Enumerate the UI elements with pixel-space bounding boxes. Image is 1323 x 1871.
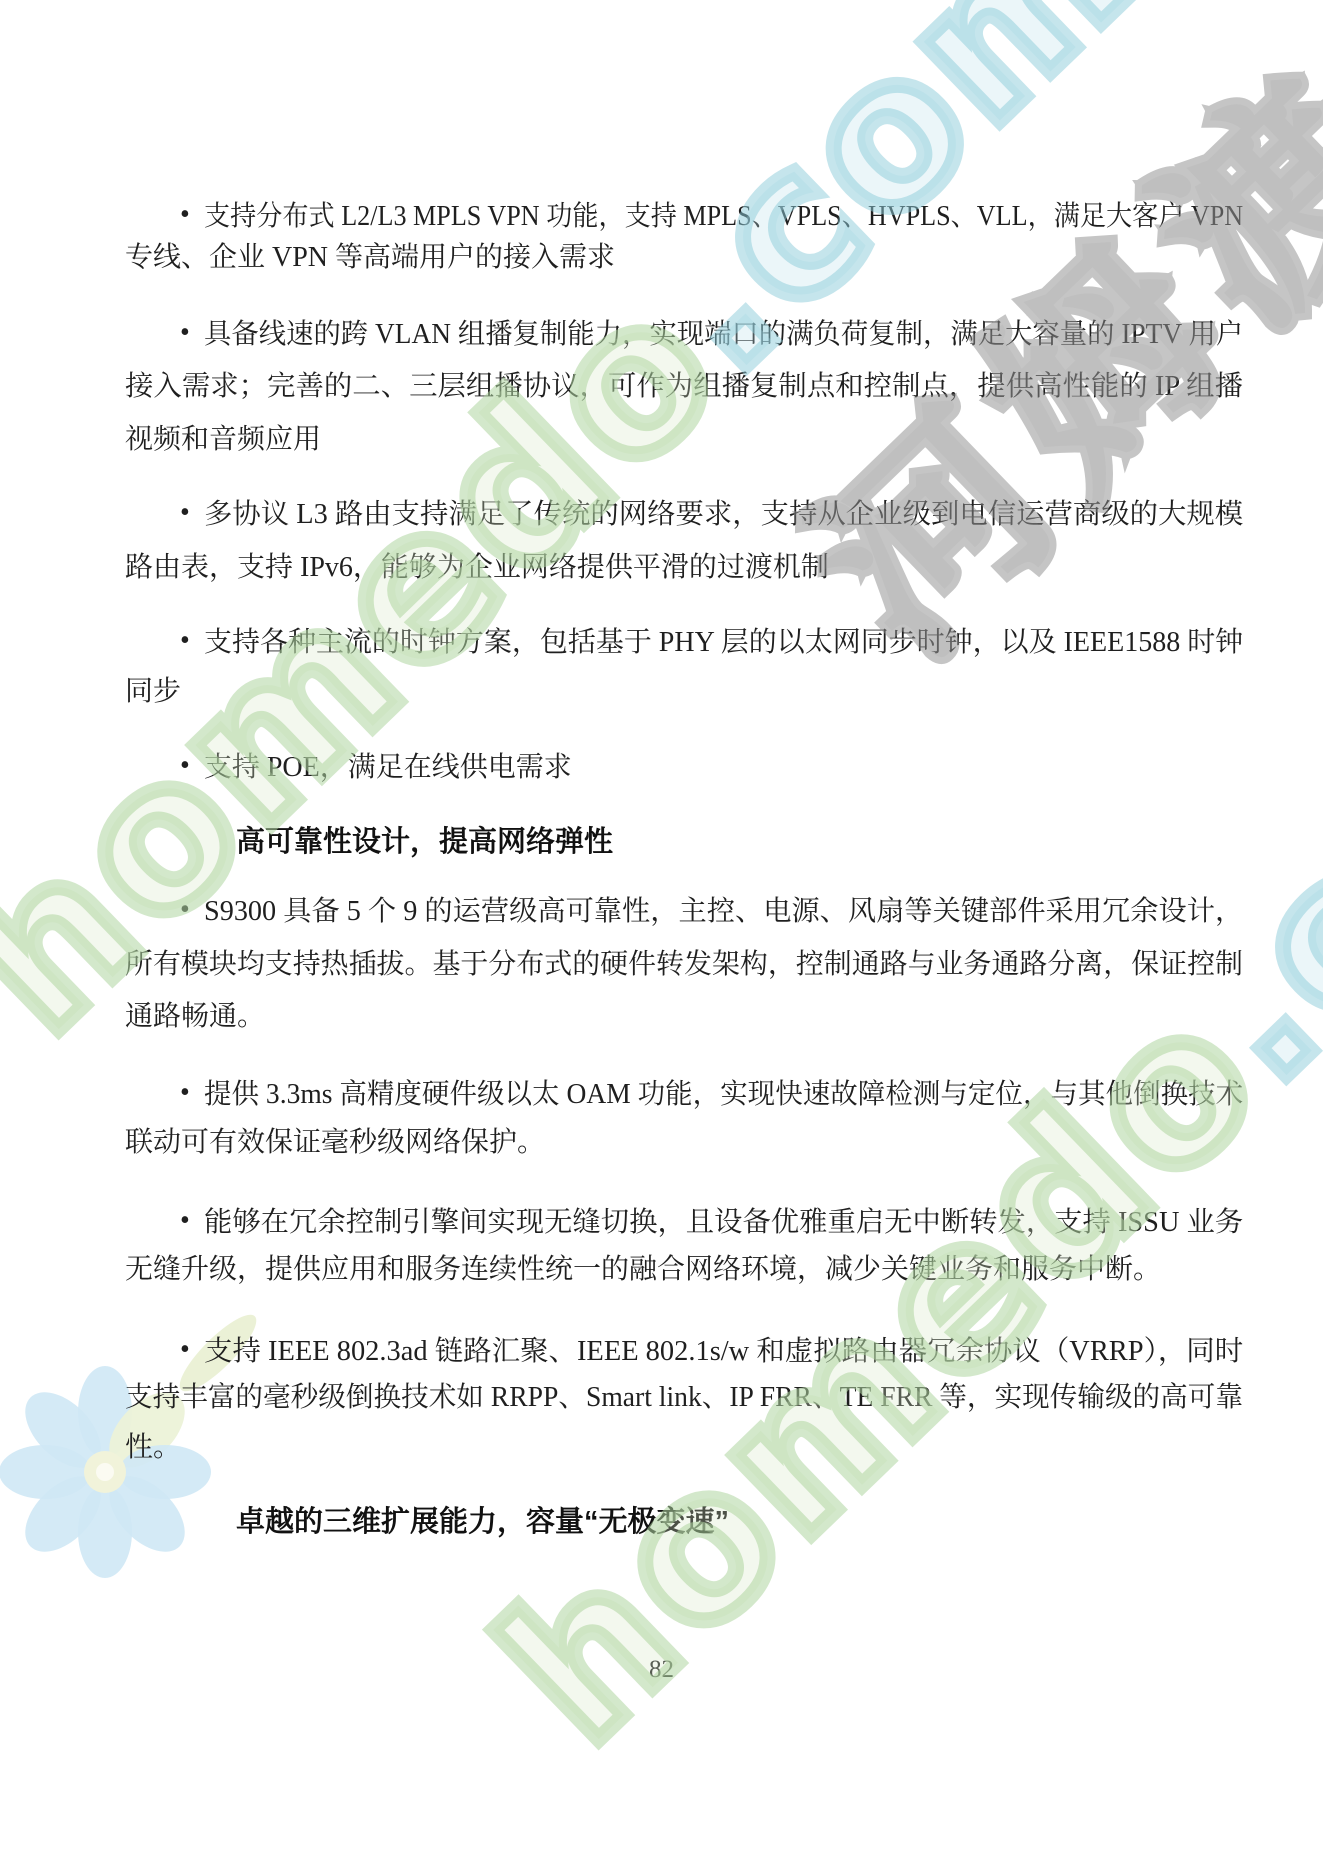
body-text: 路由表，支持 IPv6，能够为企业网络提供平滑的过渡机制 xyxy=(125,552,829,583)
body-text: 同步 xyxy=(125,676,181,707)
bullet-dot: • xyxy=(180,1067,190,1119)
section-heading-scalability: 卓越的三维扩展能力，容量“无极变速” xyxy=(125,1496,1243,1548)
bullet-text: 支持 IEEE 802.3ad 链路汇聚、IEEE 802.1s/w 和虚拟路由… xyxy=(204,1326,1243,1378)
body-text: 所有模块均支持热插拔。基于分布式的硬件转发架构，控制通路与业务通路分离，保证控制 xyxy=(125,939,1243,991)
body-line: 性。 xyxy=(125,1422,1243,1474)
bullet-line: •多协议 L3 路由支持满足了传统的网络要求，支持从企业级到电信运营商级的大规模 xyxy=(125,489,1243,541)
body-text: 性。 xyxy=(125,1432,181,1463)
bullet-dot: • xyxy=(180,615,190,667)
bullet-line: •能够在冗余控制引擎间实现无缝切换，且设备优雅重启无中断转发，支持 ISSU 业… xyxy=(125,1197,1243,1249)
body-line: 联动可有效保证毫秒级网络保护。 xyxy=(125,1117,1243,1169)
bullet-line: •提供 3.3ms 高精度硬件级以太 OAM 功能，实现快速故障检测与定位，与其… xyxy=(125,1069,1243,1121)
bullet-text: S9300 具备 5 个 9 的运营级高可靠性，主控、电源、风扇等关键部件采用冗… xyxy=(204,886,1243,938)
body-text: 支持丰富的毫秒级倒换技术如 RRPP、Smart link、IP FRR、TE … xyxy=(125,1372,1243,1424)
body-line: 路由表，支持 IPv6，能够为企业网络提供平滑的过渡机制 xyxy=(125,542,1243,594)
bullet-text: 能够在冗余控制引擎间实现无缝切换，且设备优雅重启无中断转发，支持 ISSU 业务 xyxy=(204,1197,1243,1249)
section-heading-reliability: 高可靠性设计，提高网络弹性 xyxy=(125,816,1243,868)
body-line: 同步 xyxy=(125,666,1243,718)
bullet-text: 具备线速的跨 VLAN 组播复制能力，实现端口的满负荷复制，满足大容量的 IPT… xyxy=(204,309,1243,361)
bullet-text: 提供 3.3ms 高精度硬件级以太 OAM 功能，实现快速故障检测与定位，与其他… xyxy=(204,1069,1243,1121)
body-line: 视频和音频应用 xyxy=(125,414,1243,466)
bullet-dot: • xyxy=(180,1324,190,1376)
bullet-line: •支持各种主流的时钟方案，包括基于 PHY 层的以太网同步时钟，以及 IEEE1… xyxy=(125,617,1243,669)
body-text: 无缝升级，提供应用和服务连续性统一的融合网络环境，减少关键业务和服务中断。 xyxy=(125,1254,1161,1285)
body-line: 无缝升级，提供应用和服务连续性统一的融合网络环境，减少关键业务和服务中断。 xyxy=(125,1244,1243,1296)
body-text: 联动可有效保证毫秒级网络保护。 xyxy=(125,1127,545,1158)
bullet-text: 支持 POE，满足在线供电需求 xyxy=(204,752,572,783)
body-line: 接入需求；完善的二、三层组播协议，可作为组播复制点和控制点，提供高性能的 IP … xyxy=(125,361,1243,413)
body-text: 通路畅通。 xyxy=(125,1001,265,1032)
document-page: •支持分布式 L2/L3 MPLS VPN 功能，支持 MPLS、VPLS、HV… xyxy=(0,0,1323,1871)
bullet-dot: • xyxy=(180,884,190,936)
bullet-dot: • xyxy=(180,1195,190,1247)
body-line: 通路畅通。 xyxy=(125,991,1243,1043)
bullet-line: •支持 POE，满足在线供电需求 xyxy=(125,742,1243,794)
body-text: 专线、企业 VPN 等高端用户的接入需求 xyxy=(125,242,615,273)
flower-center-core xyxy=(96,1463,114,1481)
bullet-text: 支持各种主流的时钟方案，包括基于 PHY 层的以太网同步时钟，以及 IEEE15… xyxy=(204,617,1243,669)
bullet-line: •S9300 具备 5 个 9 的运营级高可靠性，主控、电源、风扇等关键部件采用… xyxy=(125,886,1243,938)
bullet-line: •支持 IEEE 802.3ad 链路汇聚、IEEE 802.1s/w 和虚拟路… xyxy=(125,1326,1243,1378)
bullet-dot: • xyxy=(180,307,190,359)
bullet-text: 多协议 L3 路由支持满足了传统的网络要求，支持从企业级到电信运营商级的大规模 xyxy=(204,489,1243,541)
bullet-dot: • xyxy=(180,740,190,792)
bullet-line: •具备线速的跨 VLAN 组播复制能力，实现端口的满负荷复制，满足大容量的 IP… xyxy=(125,309,1243,361)
body-line: 所有模块均支持热插拔。基于分布式的硬件转发架构，控制通路与业务通路分离，保证控制 xyxy=(125,939,1243,991)
bullet-dot: • xyxy=(180,487,190,539)
body-text: 接入需求；完善的二、三层组播协议，可作为组播复制点和控制点，提供高性能的 IP … xyxy=(125,361,1243,413)
body-line: 专线、企业 VPN 等高端用户的接入需求 xyxy=(125,232,1243,284)
page-number: 82 xyxy=(0,1656,1323,1684)
body-text: 视频和音频应用 xyxy=(125,424,321,455)
body-line: 支持丰富的毫秒级倒换技术如 RRPP、Smart link、IP FRR、TE … xyxy=(125,1372,1243,1424)
